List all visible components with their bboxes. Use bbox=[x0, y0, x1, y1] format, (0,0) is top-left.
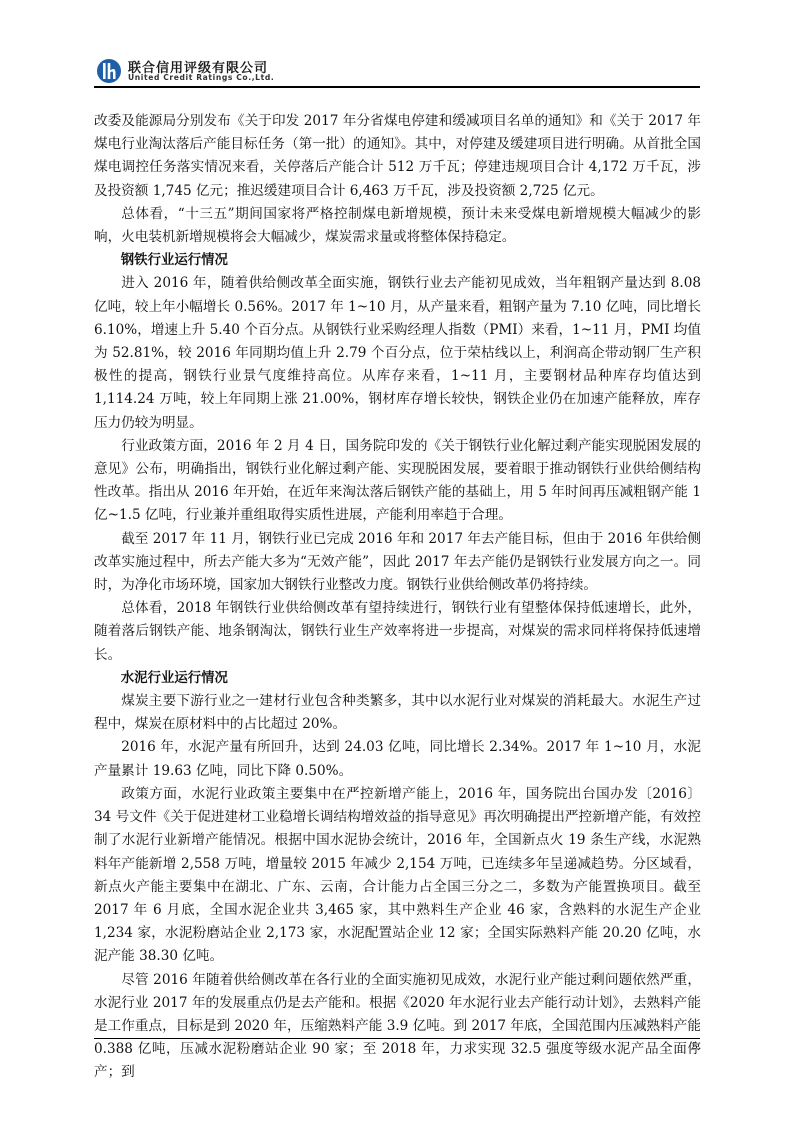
paragraph: 总体看，“十三五”期间国家将严格控制煤电新增规模，预计未来受煤电新增规模大幅减少… bbox=[94, 203, 701, 249]
paragraph: 政策方面，水泥行业政策主要集中在严控新增产能上，2016 年，国务院出台国办发〔… bbox=[94, 783, 701, 969]
page-header: 联合信用评级有限公司 United Credit Ratings Co.,Ltd… bbox=[96, 56, 701, 86]
paragraph: 尽管 2016 年随着供给侧改革在各行业的全面实施初见成效，水泥行业产能过剩问题… bbox=[94, 969, 701, 1085]
paragraph: 进入 2016 年，随着供给侧改革全面实施，钢铁行业去产能初见成效，当年粗钢产量… bbox=[94, 272, 701, 434]
paragraph: 煤炭主要下游行业之一建材行业包含种类繁多，其中以水泥行业对煤炭的消耗最大。水泥生… bbox=[94, 690, 701, 736]
paragraph: 行业政策方面，2016 年 2 月 4 日，国务院印发的《关于钢铁行业化解过剩产… bbox=[94, 435, 701, 528]
header-divider bbox=[94, 86, 700, 88]
paragraph: 2016 年，水泥产量有所回升，达到 24.03 亿吨，同比增长 2.34%。2… bbox=[94, 736, 701, 782]
company-name-en: United Credit Ratings Co.,Ltd. bbox=[128, 73, 274, 82]
footer-divider bbox=[94, 1038, 700, 1039]
section-heading-cement: 水泥行业运行情况 bbox=[94, 667, 701, 690]
page-number: 5 bbox=[692, 1040, 698, 1052]
paragraph: 改委及能源局分别发布《关于印发 2017 年分省煤电停建和缓减项目名单的通知》和… bbox=[94, 110, 701, 203]
paragraph: 总体看，2018 年钢铁行业供给侧改革有望持续进行，钢铁行业有望整体保持低速增长… bbox=[94, 597, 701, 667]
document-body: 改委及能源局分别发布《关于印发 2017 年分省煤电停建和缓减项目名单的通知》和… bbox=[94, 110, 701, 1085]
uc-ratings-logo-icon bbox=[96, 58, 122, 84]
section-heading-steel: 钢铁行业运行情况 bbox=[94, 249, 701, 272]
paragraph: 截至 2017 年 11 月，钢铁行业已完成 2016 年和 2017 年去产能… bbox=[94, 528, 701, 598]
